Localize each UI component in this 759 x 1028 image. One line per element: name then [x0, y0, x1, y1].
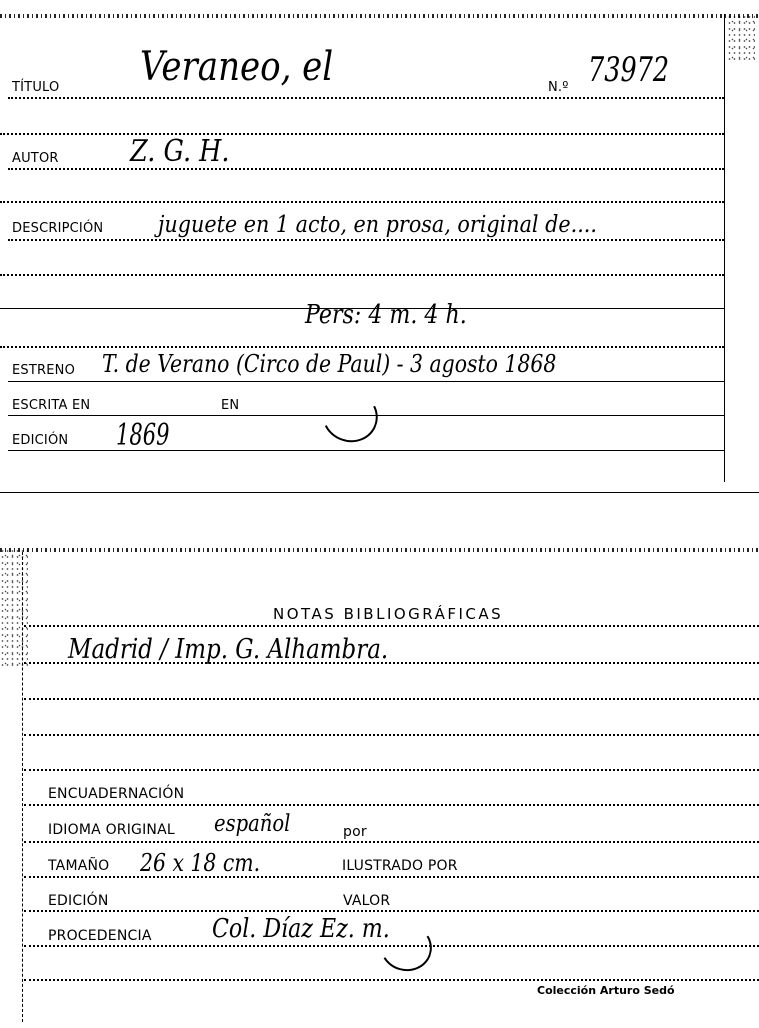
idioma-label: IDIOMA ORIGINAL [48, 822, 175, 838]
estreno-value: T. de Verano (Circo de Paul) - 3 agosto … [102, 350, 556, 378]
descripcion-value: juguete en 1 acto, en prosa, original de… [158, 212, 597, 238]
idioma-value: español [214, 811, 290, 837]
numero-label: N.º [548, 80, 569, 95]
catalog-card-back: NOTAS BIBLIOGRÁFICAS Madrid / Imp. G. Al… [0, 538, 759, 1028]
idioma-line [24, 841, 759, 843]
scan-side-noise [727, 14, 755, 64]
descripcion-line [8, 239, 724, 241]
scan-side-noise [0, 548, 28, 668]
numero-value: 73972 [588, 50, 669, 90]
notas-heading: NOTAS BIBLIOGRÁFICAS [273, 605, 503, 623]
edicion-value: 1869 [116, 418, 169, 453]
rule-line [0, 274, 724, 276]
rule-line [24, 734, 759, 736]
notas-value: Madrid / Imp. G. Alhambra. [68, 634, 388, 665]
rule-line [24, 662, 759, 664]
stamp-mark [315, 382, 385, 450]
encuadernacion-line [24, 804, 759, 806]
estreno-line [8, 381, 724, 382]
card-left-border [22, 552, 23, 1022]
edicion-label: EDICIÓN [48, 893, 109, 909]
edicion-line [8, 450, 724, 451]
scan-edge-noise [0, 548, 759, 552]
card-right-border [724, 14, 725, 482]
autor-label: AUTOR [12, 151, 59, 166]
catalog-card-front: TÍTULO Veraneo, el N.º 73972 AUTOR Z. G.… [0, 0, 759, 495]
titulo-value: Veraneo, el [140, 44, 333, 90]
rule-line [0, 346, 724, 348]
estreno-label: ESTRENO [12, 363, 75, 378]
rule-line [24, 769, 759, 771]
en-label: EN [221, 398, 239, 413]
rule-line [24, 979, 759, 981]
ilustrado-label: ILUSTRADO POR [342, 858, 458, 874]
edicion-label: EDICIÓN [12, 433, 68, 448]
autor-value: Z. G. H. [130, 134, 230, 169]
titulo-label: TÍTULO [12, 80, 59, 95]
scan-edge-noise [0, 14, 759, 18]
titulo-line [8, 97, 724, 99]
escrita-en-label: ESCRITA EN [12, 398, 90, 413]
notas-line [24, 625, 759, 627]
rule-line [0, 133, 724, 135]
tamano-line [24, 876, 759, 878]
procedencia-label: PROCEDENCIA [48, 928, 152, 944]
por-label: por [343, 824, 367, 840]
rule-line [24, 698, 759, 700]
tamano-label: TAMAÑO [48, 858, 109, 874]
descripcion-label: DESCRIPCIÓN [12, 221, 103, 236]
tamano-value: 26 x 18 cm. [140, 849, 260, 877]
rule-line [0, 201, 724, 203]
autor-line [8, 168, 724, 170]
edicion-line [24, 910, 759, 912]
valor-label: VALOR [343, 893, 390, 909]
collection-footer: Colección Arturo Sedó [537, 984, 675, 997]
encuadernacion-label: ENCUADERNACIÓN [48, 786, 184, 802]
card-bottom-edge [0, 492, 759, 493]
procedencia-value: Col. Díaz Ez. m. [212, 914, 390, 944]
personajes-value: Pers: 4 m. 4 h. [305, 300, 467, 330]
